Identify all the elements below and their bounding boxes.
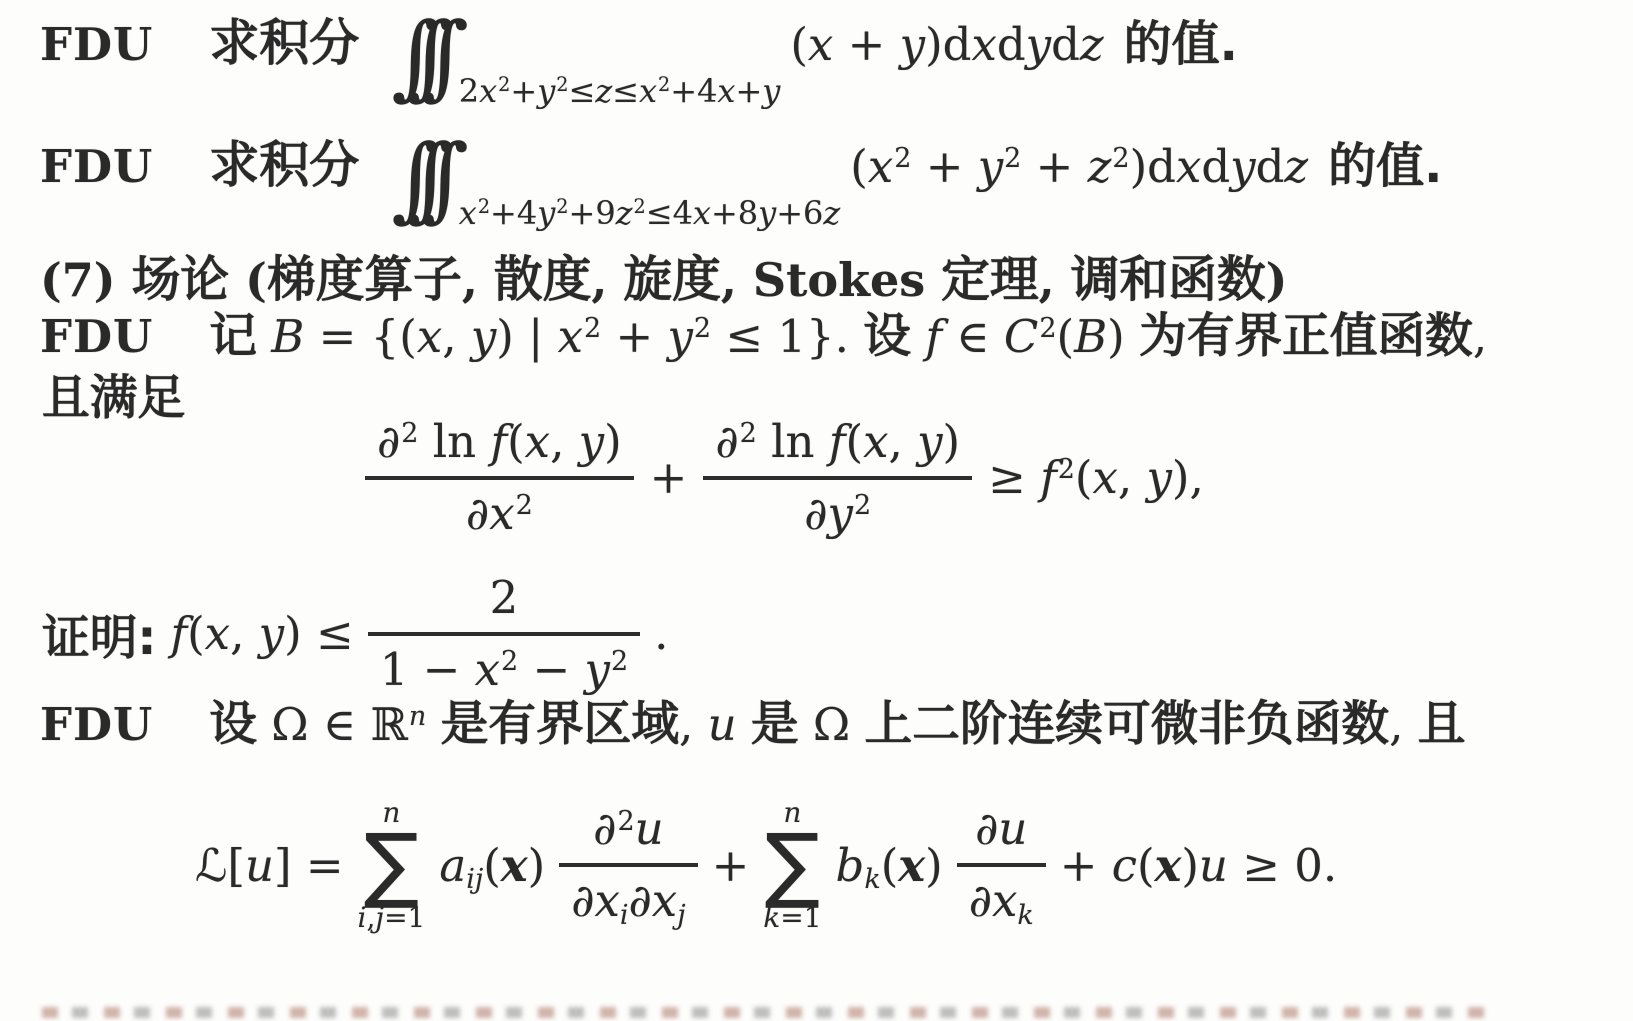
problem-statement-f: FDU 记 B = {(x, y) | x2 + y2 ≤ 1}. 设 f ∈ … [40,306,1487,368]
source-tag: FDU [40,696,153,755]
problem-tail-text: 的值. [1124,13,1238,75]
triple-integral-icon: ∫∫∫ [391,133,469,225]
fraction-denominator: ∂x2 [365,476,634,540]
conclusion-line: 证明: f(x, y) ≤ 2 1 − x2 − y2 . [42,572,668,696]
statement-text: 设 Ω ∈ ℝn 是有界区域, u 是 Ω 上二阶连续可微非负函数, 且 [209,694,1465,756]
document-page: FDU 求积分 ∫∫∫2x2+y2≤z≤x2+4x+y (x + y)dxdyd… [0,0,1633,1021]
inequality-rhs: ≥ f2(x, y), [988,451,1204,504]
coefficient: bk(x) [836,839,943,892]
fraction: ∂2 ln f(x, y) ∂y2 [703,416,972,540]
fraction-numerator: ∂u [957,803,1046,863]
plus-operator: + [712,839,750,892]
section-heading: (7) 场论 (梯度算子, 散度, 旋度, Stokes 定理, 调和函数) [40,249,1287,312]
integrand: (x2 + y2 + z2)dxdydz [850,138,1308,197]
source-tag: FDU [40,308,153,367]
problem-line-integral-2: FDU 求积分 ∫∫∫x2+4y2+9z2≤4x+8y+6z (x2 + y2 … [40,124,1442,216]
conclusion-lhs: f(x, y) ≤ [170,607,353,660]
sigma-icon: ∑ [364,827,419,902]
problem-statement-L: FDU 设 Ω ∈ ℝn 是有界区域, u 是 Ω 上二阶连续可微非负函数, 且 [40,694,1465,756]
problem-lead-text: 求积分 [209,11,359,76]
fraction: ∂u ∂xk [957,803,1046,927]
fraction: 2 1 − x2 − y2 [368,572,640,696]
sentence-period: . [654,607,668,660]
fraction-denominator: ∂xk [957,863,1046,927]
triple-integral-icon: ∫∫∫ [391,11,469,103]
triple-integral: ∫∫∫x2+4y2+9z2≤4x+8y+6z [391,124,840,216]
fraction-numerator: ∂2 ln f(x, y) [703,416,972,476]
fraction-denominator: ∂y2 [703,476,972,540]
integral-domain-subscript: 2x2+y2≤z≤x2+4x+y [459,72,781,110]
summation: n ∑ k=1 [763,798,821,932]
integrand: (x + y)dxdydz [790,16,1103,75]
source-tag: FDU [40,16,153,75]
cutoff-text-line [42,1007,1494,1018]
triple-integral: ∫∫∫2x2+y2≤z≤x2+4x+y [391,2,780,94]
fraction-numerator: ∂2 ln f(x, y) [365,416,634,476]
problem-statement-f-line2: 且满足 [42,368,185,430]
section-heading-text: (7) 场论 (梯度算子, 散度, 旋度, Stokes 定理, 调和函数) [40,249,1287,312]
integral-domain-subscript: x2+4y2+9z2≤4x+8y+6z [459,194,840,232]
prove-label: 证明: [42,599,156,668]
fraction-denominator: ∂xi∂xj [559,863,697,927]
sum-lower-limit: i,j=1 [358,903,426,932]
statement-text: 记 B = {(x, y) | x2 + y2 ≤ 1}. 设 f ∈ C2(B… [209,306,1487,368]
coefficient: aij(x) [439,839,545,892]
sigma-icon: ∑ [765,827,820,902]
fraction-numerator: ∂2u [559,803,697,863]
summation: n ∑ i,j=1 [358,798,426,932]
fraction: ∂2 ln f(x, y) ∂x2 [365,416,634,540]
equation-lhs: ℒ[u] = [195,839,344,892]
sum-lower-limit: k=1 [763,903,821,932]
equation-hypothesis: ∂2 ln f(x, y) ∂x2 + ∂2 ln f(x, y) ∂y2 ≥ … [365,416,1204,540]
equation-tail: + c(x)u ≥ 0. [1060,839,1337,892]
fraction: ∂2u ∂xi∂xj [559,803,697,927]
problem-line-integral-1: FDU 求积分 ∫∫∫2x2+y2≤z≤x2+4x+y (x + y)dxdyd… [40,2,1238,94]
problem-lead-text: 求积分 [209,133,359,198]
statement-text: 且满足 [42,368,185,430]
fraction-denominator: 1 − x2 − y2 [368,632,640,696]
fraction-numerator: 2 [368,572,640,632]
problem-tail-text: 的值. [1328,135,1442,197]
plus-operator: + [650,451,688,504]
equation-operator: ℒ[u] = n ∑ i,j=1 aij(x) ∂2u ∂xi∂xj + n ∑… [195,798,1337,932]
source-tag: FDU [40,138,153,197]
